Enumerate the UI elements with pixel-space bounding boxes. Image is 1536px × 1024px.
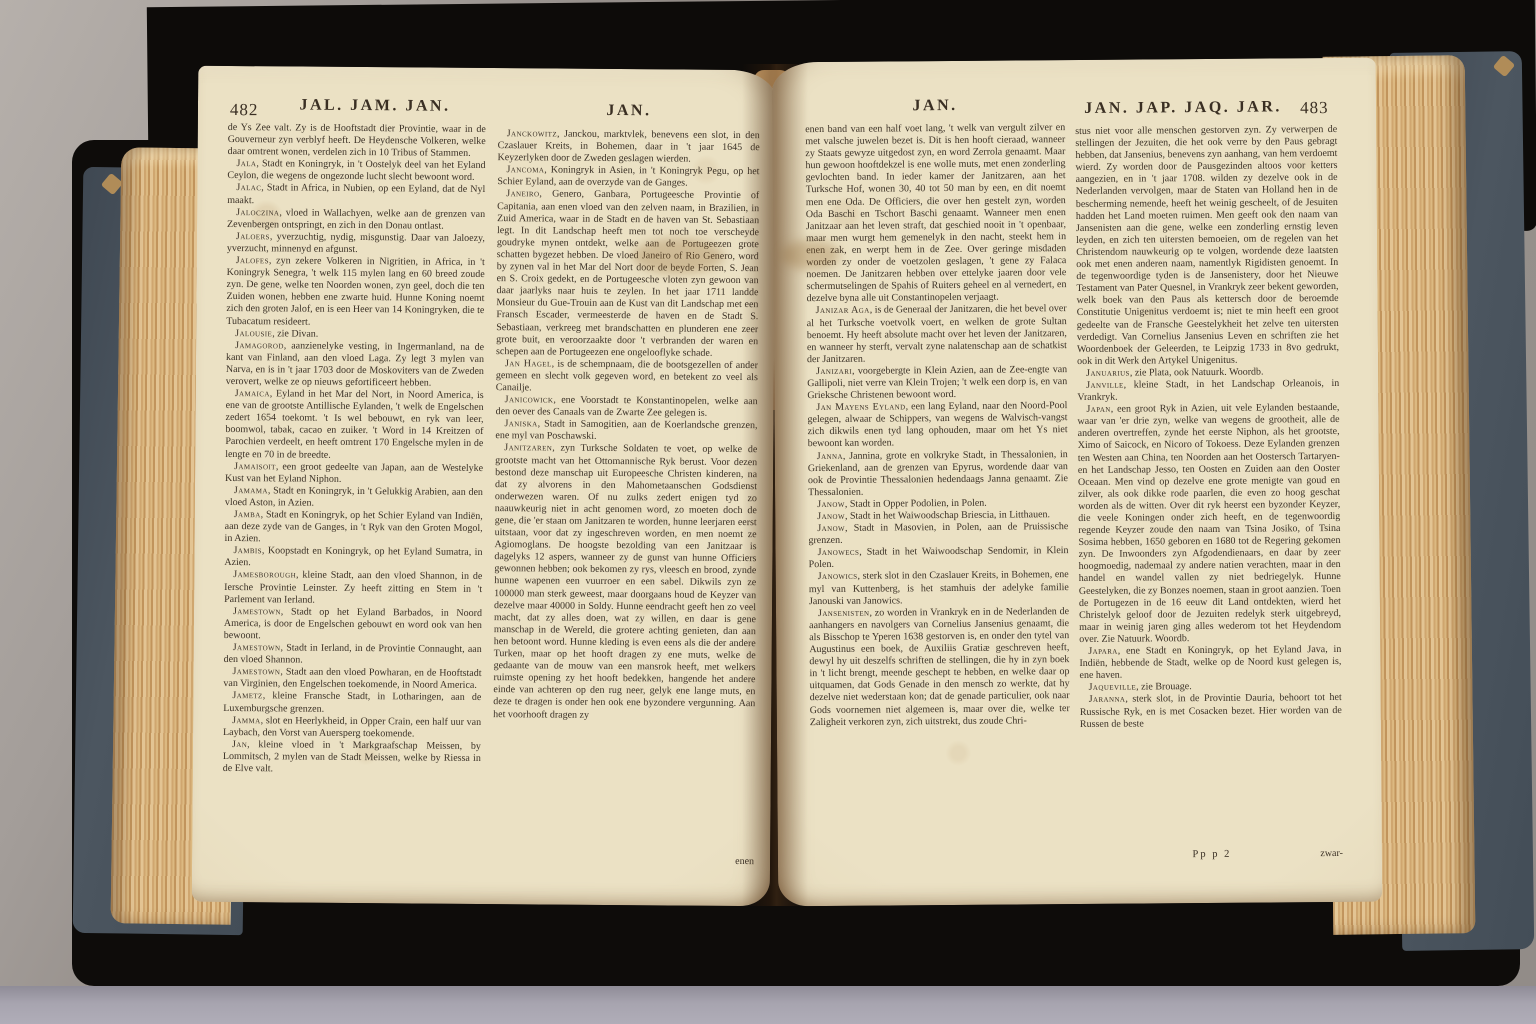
page-number-right: 483 [1300,98,1329,118]
running-title-left-col2: JAN. [498,101,760,121]
text-column-4: stus niet voor alle menschen gestorven z… [1075,124,1343,868]
ink-smudge [632,238,724,274]
text-column-1: de Ys Zee valt. Zy is de Hooftstadt dier… [222,122,486,866]
text-column-3: enen band van een half voet lang, 't wel… [805,122,1071,866]
ink-smudge [782,240,840,270]
text-column-2: Janckowitz, Janckou, marktvlek, benevens… [492,128,760,872]
running-title-right-col3: JAN. [805,96,1065,116]
running-title-right: JAN. JAP. JAQ. JAR. [1072,98,1294,118]
photo-backdrop: 482 JAL. JAM. JAN. JAN. de Ys Zee valt. … [0,0,1536,1024]
catchword-right-page: zwar- [1081,848,1343,861]
running-title-left: JAL. JAM. JAN. [260,96,490,116]
page-number-left: 482 [230,100,259,120]
table-surface [0,986,1536,1024]
right-page: JAN. JAN. JAP. JAQ. JAR. 483 enen band v… [772,58,1383,907]
left-page: 482 JAL. JAM. JAN. JAN. de Ys Zee valt. … [192,66,777,907]
catchword-left-page: enen [492,854,754,867]
